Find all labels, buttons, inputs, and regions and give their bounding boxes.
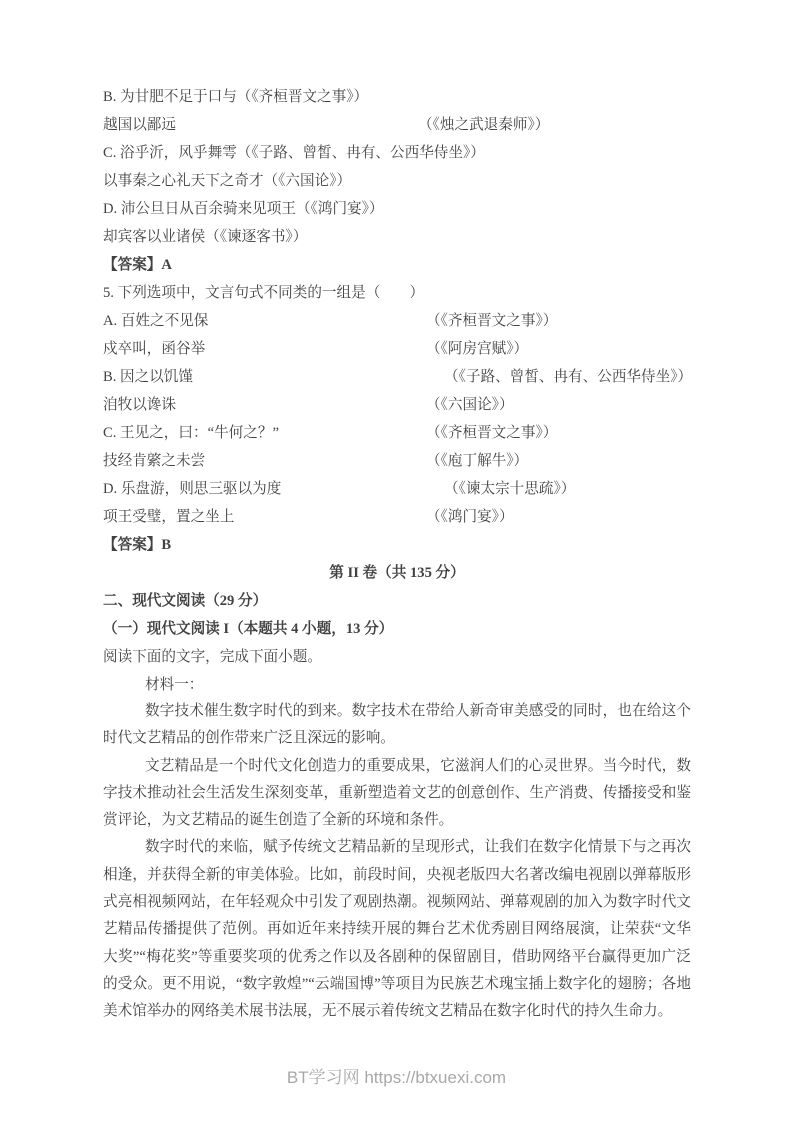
source-citation: （《阿房宫赋》）: [426, 335, 528, 363]
q5-option-a: A. 百姓之不见保 （《齐桓晋文之事》）: [103, 307, 691, 335]
q4-option-b-continuation: 越国以鄙远 （《烛之武退秦师》）: [103, 111, 691, 139]
source-citation: （《烛之武退秦师》）: [418, 111, 549, 139]
q5-option-c-cont-text: 技经肯綮之未尝: [103, 453, 205, 469]
source-citation: （《谏太宗十思疏》）: [444, 475, 575, 503]
q4-option-b: B. 为甘肥不足于口与（《齐桓晋文之事》）: [103, 83, 691, 111]
q5-option-c-continuation: 技经肯綮之未尝 （《庖丁解牛》）: [103, 447, 691, 475]
q5-option-b-text: B. 因之以饥馑: [103, 369, 193, 385]
q4-answer-text: 【答案】A: [103, 257, 172, 273]
material-paragraph-3: 数字时代的来临，赋予传统文艺精品新的呈现形式，让我们在数字化情景下与之再次相逢，…: [103, 834, 691, 1025]
source-citation: （《庖丁解牛》）: [426, 447, 528, 475]
material-paragraph-2: 文艺精品是一个时代文化创造力的重要成果，它滋润人们的心灵世界。当今时代，数字技术…: [103, 753, 691, 835]
q4-option-b-cont-text: 越国以鄙远: [103, 117, 176, 133]
q5-answer-text: 【答案】B: [103, 537, 171, 553]
q5-option-d: D. 乐盘游，则思三驱以为度 （《谏太宗十思疏》）: [103, 475, 691, 503]
material-paragraph-1: 数字技术催生数字时代的到来。数字技术在带给人新奇审美感受的同时，也在给这个时代文…: [103, 698, 691, 753]
q4-option-d: D. 沛公旦日从百余骑来见项王（《鸿门宴》）: [103, 195, 691, 223]
q5-option-b: B. 因之以饥馑 （《子路、曾皙、冉有、公西华侍坐》）: [103, 363, 691, 391]
q5-option-a-text: A. 百姓之不见保: [103, 313, 208, 329]
reading-instruction: 阅读下面的文字，完成下面小题。: [103, 643, 691, 671]
section2-heading: 二、现代文阅读（29 分）: [103, 587, 691, 615]
q4-option-d-continuation: 却宾客以业诸侯（《谏逐客书》）: [103, 223, 691, 251]
q5-stem: 5. 下列选项中，文言句式不同类的一组是（ ）: [103, 279, 691, 307]
q5-option-b-cont-text: 洎牧以谗诛: [103, 397, 176, 413]
document-content: B. 为甘肥不足于口与（《齐桓晋文之事》） 越国以鄙远 （《烛之武退秦师》） C…: [103, 83, 691, 1026]
q5-option-b-continuation: 洎牧以谗诛 （《六国论》）: [103, 391, 691, 419]
q5-option-d-continuation: 项王受璧，置之坐上 （《鸿门宴》）: [103, 503, 691, 531]
q5-option-a-cont-text: 戍卒叫，函谷举: [103, 341, 205, 357]
source-citation: （《子路、曾皙、冉有、公西华侍坐》）: [444, 363, 692, 391]
q5-option-d-cont-text: 项王受璧，置之坐上: [103, 509, 234, 525]
footer-watermark-text: BT学习网 https://btxuexi.com: [287, 1068, 506, 1087]
source-citation: （《齐桓晋文之事》）: [426, 307, 557, 335]
source-citation: （《六国论》）: [426, 391, 514, 419]
source-citation: （《齐桓晋文之事》）: [426, 419, 557, 447]
footer-watermark: BT学习网 https://btxuexi.com: [0, 1066, 793, 1090]
part2-title: 第 II 卷（共 135 分）: [103, 559, 691, 587]
q4-option-c-cont-text: 以事秦之心礼天下之奇才（《六国论》）: [103, 173, 351, 189]
q4-option-c-text: C. 浴乎沂，风乎舞雩（《子路、曾皙、冉有、公西华侍坐》）: [103, 145, 485, 161]
q4-option-d-text: D. 沛公旦日从百余骑来见项王（《鸿门宴》）: [103, 201, 384, 217]
q5-option-c-text: C. 王见之，曰：“牛何之？”: [103, 425, 279, 441]
q5-option-c: C. 王见之，曰：“牛何之？” （《齐桓晋文之事》）: [103, 419, 691, 447]
section2-subheading: （一）现代文阅读 I（本题共 4 小题，13 分）: [103, 615, 691, 643]
q4-answer: 【答案】A: [103, 251, 691, 279]
exam-document-page: B. 为甘肥不足于口与（《齐桓晋文之事》） 越国以鄙远 （《烛之武退秦师》） C…: [0, 0, 793, 1122]
q4-option-c: C. 浴乎沂，风乎舞雩（《子路、曾皙、冉有、公西华侍坐》）: [103, 139, 691, 167]
material-label: 材料一：: [103, 671, 691, 698]
q5-option-d-text: D. 乐盘游，则思三驱以为度: [103, 481, 281, 497]
q4-option-d-cont-text: 却宾客以业诸侯（《谏逐客书》）: [103, 229, 307, 245]
q4-option-c-continuation: 以事秦之心礼天下之奇才（《六国论》）: [103, 167, 691, 195]
q5-stem-text: 5. 下列选项中，文言句式不同类的一组是（ ）: [103, 285, 424, 301]
q5-option-a-continuation: 戍卒叫，函谷举 （《阿房宫赋》）: [103, 335, 691, 363]
source-citation: （《鸿门宴》）: [426, 503, 514, 531]
q5-answer: 【答案】B: [103, 531, 691, 559]
q4-option-b-text: B. 为甘肥不足于口与（《齐桓晋文之事》）: [103, 89, 368, 105]
